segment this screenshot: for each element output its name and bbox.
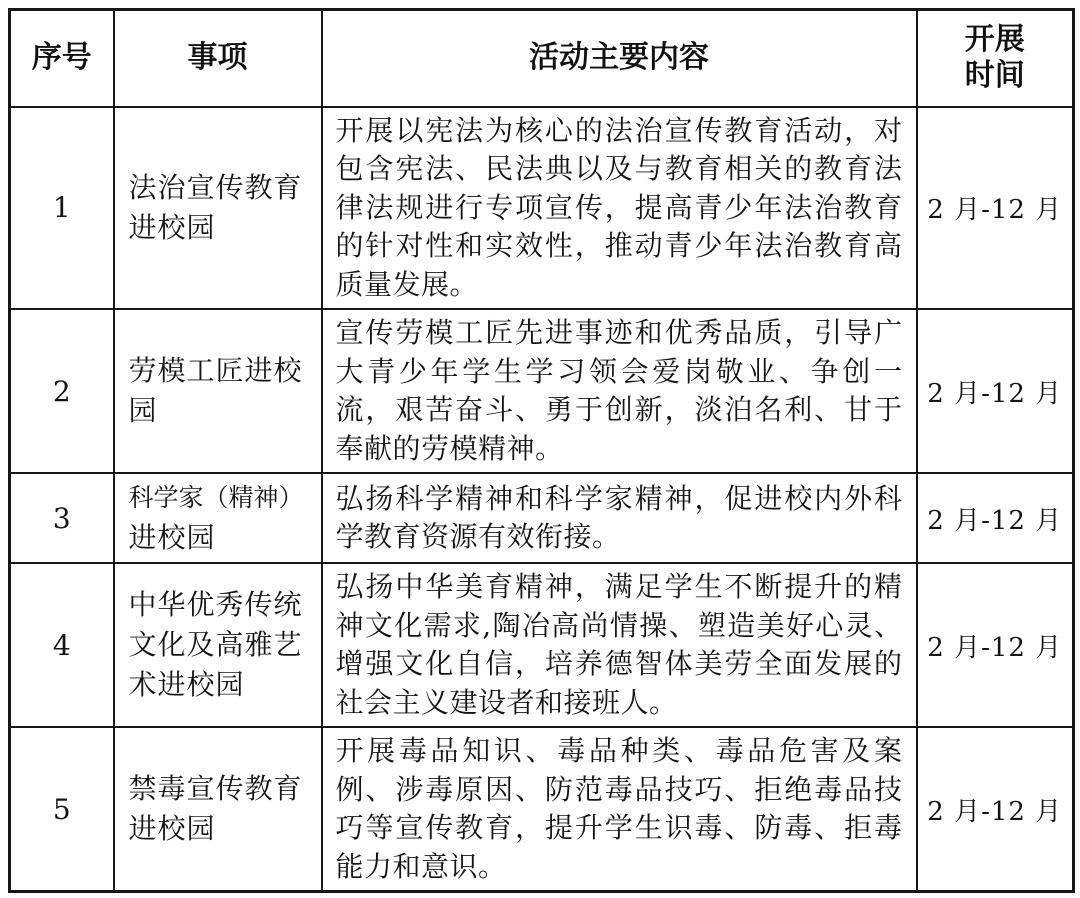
item-line: 术进校园 [129, 665, 307, 705]
table-row: 5 禁毒宣传教育 进校园 开展毒品知识、毒品种类、毒品危害及案例、涉毒原因、防范… [10, 727, 1074, 892]
table-row: 3 科学家（精神） 进校园 弘扬科学精神和科学家精神，促进校内外科学教育资源有效… [10, 473, 1074, 563]
content-cell: 开展以宪法为核心的法治宣传教育活动，对包含宪法、民法典以及与教育相关的教育法律法… [322, 107, 917, 310]
activities-table: 序号 事项 活动主要内容 开展 时间 1 法治宣传教育 进校园 开展以宪法为核心… [8, 8, 1075, 893]
time-cell: 2 月-12 月 [917, 563, 1074, 727]
content-cell: 宣传劳模工匠先进事迹和优秀品质，引导广大青少年学生学习领会爱岗敬业、争创一流，艰… [322, 309, 917, 473]
item-line: 园 [129, 391, 307, 431]
row-index-cell: 4 [10, 563, 114, 727]
table-header-row: 序号 事项 活动主要内容 开展 时间 [10, 10, 1074, 107]
content-cell: 开展毒品知识、毒品种类、毒品危害及案例、涉毒原因、防范毒品技巧、拒绝毒品技巧等宣… [322, 727, 917, 892]
table-row: 1 法治宣传教育 进校园 开展以宪法为核心的法治宣传教育活动，对包含宪法、民法典… [10, 107, 1074, 310]
row-index-cell: 3 [10, 473, 114, 563]
header-cell-time: 开展 时间 [917, 10, 1074, 107]
content-cell: 弘扬科学精神和科学家精神，促进校内外科学教育资源有效衔接。 [322, 473, 917, 563]
item-cell: 劳模工匠进校 园 [114, 309, 322, 473]
time-cell: 2 月-12 月 [917, 309, 1074, 473]
item-line: 劳模工匠进校 [129, 351, 307, 391]
header-time-line1: 开展 [920, 22, 1071, 58]
item-line: 进校园 [129, 518, 307, 558]
item-line: 文化及高雅艺 [129, 625, 307, 665]
item-line: 中华优秀传统 [129, 585, 307, 625]
item-line: 科学家（精神） [129, 478, 307, 518]
header-time-line2: 时间 [920, 58, 1071, 94]
header-cell-item: 事项 [114, 10, 322, 107]
row-index-cell: 5 [10, 727, 114, 892]
item-cell: 禁毒宣传教育 进校园 [114, 727, 322, 892]
table-row: 2 劳模工匠进校 园 宣传劳模工匠先进事迹和优秀品质，引导广大青少年学生学习领会… [10, 309, 1074, 473]
item-cell: 中华优秀传统 文化及高雅艺 术进校园 [114, 563, 322, 727]
time-cell: 2 月-12 月 [917, 473, 1074, 563]
header-cell-index: 序号 [10, 10, 114, 107]
page: 序号 事项 活动主要内容 开展 时间 1 法治宣传教育 进校园 开展以宪法为核心… [0, 0, 1080, 898]
item-line: 法治宣传教育 [129, 168, 307, 208]
item-line: 进校园 [129, 208, 307, 248]
row-index-cell: 1 [10, 107, 114, 310]
item-cell: 科学家（精神） 进校园 [114, 473, 322, 563]
time-cell: 2 月-12 月 [917, 727, 1074, 892]
item-line: 进校园 [129, 809, 307, 849]
row-index-cell: 2 [10, 309, 114, 473]
item-cell: 法治宣传教育 进校园 [114, 107, 322, 310]
time-cell: 2 月-12 月 [917, 107, 1074, 310]
content-cell: 弘扬中华美育精神，满足学生不断提升的精神文化需求,陶冶高尚情操、塑造美好心灵、增… [322, 563, 917, 727]
header-cell-content: 活动主要内容 [322, 10, 917, 107]
item-line: 禁毒宣传教育 [129, 769, 307, 809]
table-row: 4 中华优秀传统 文化及高雅艺 术进校园 弘扬中华美育精神，满足学生不断提升的精… [10, 563, 1074, 727]
